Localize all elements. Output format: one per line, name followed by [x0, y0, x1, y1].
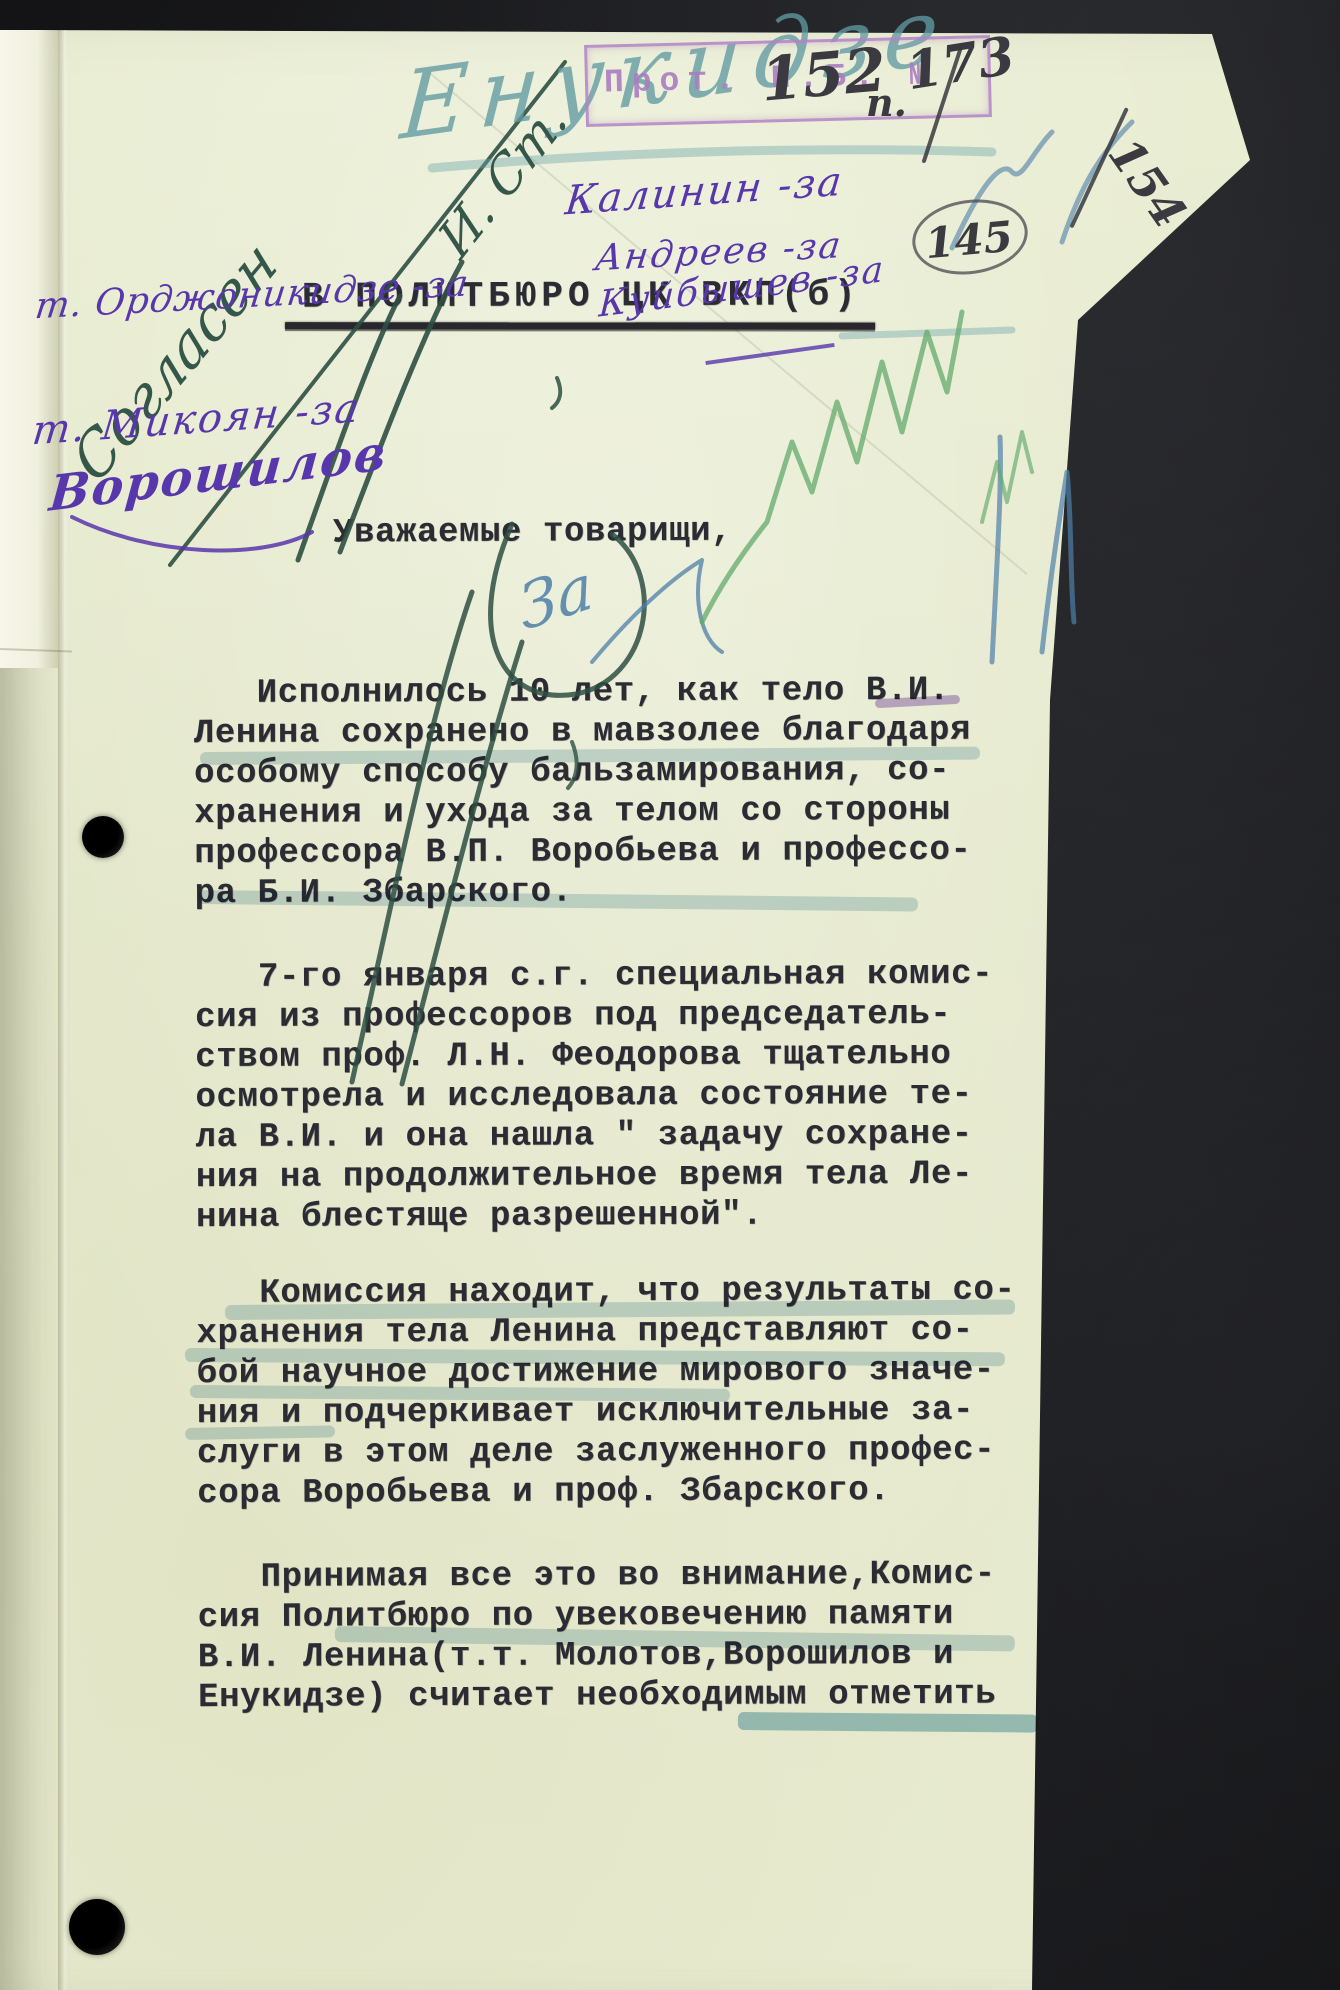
document-photo: В ПОЛИТБЮРО ЦК ВКП(б) Уважаемые товарищи…	[0, 0, 1340, 1990]
signature-tail-strokes	[352, 592, 522, 1084]
circled-number-value: 145	[923, 211, 1015, 267]
protocol-point-label: п.	[866, 80, 907, 125]
punch-hole	[69, 1899, 125, 1955]
blue-pencil-flourish	[592, 560, 722, 662]
punch-hole	[82, 816, 124, 858]
voroshilov-flourish	[72, 517, 312, 550]
ink-tick	[568, 742, 577, 788]
green-pencil-scribble	[982, 432, 1032, 522]
ink-tick	[552, 378, 560, 408]
